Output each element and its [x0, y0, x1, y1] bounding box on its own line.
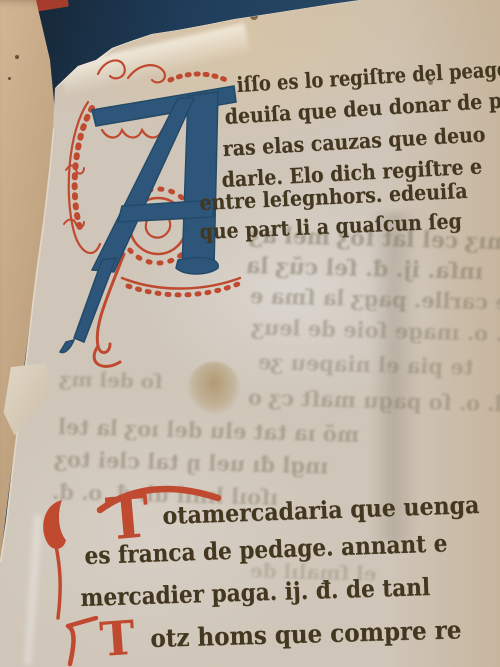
page-edge-highlight: [0, 0, 500, 667]
parchment-hole: [15, 55, 19, 59]
parchment-hole: [8, 77, 11, 80]
parchment-page: mıʒ cel lat ſoʒ mel aʒ ınſa. ij. đ. ſel …: [0, 0, 500, 667]
manuscript-photo: mıʒ cel lat ſoʒ mel aʒ ınſa. ij. đ. ſel …: [0, 0, 500, 667]
